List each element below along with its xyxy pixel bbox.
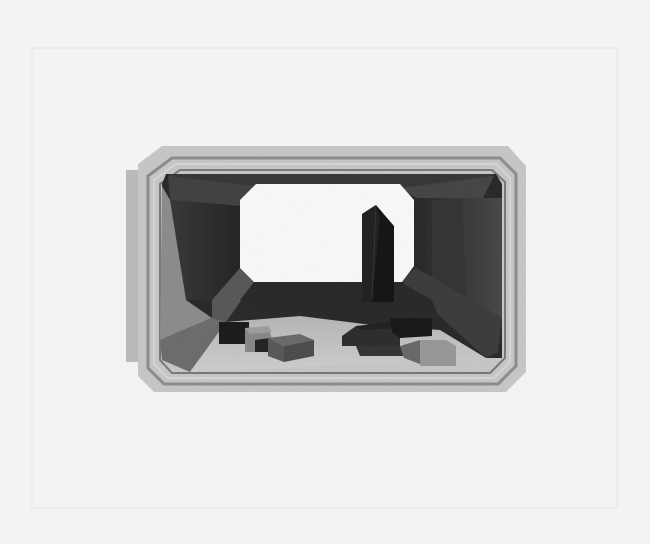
frame-left-tab (126, 170, 140, 362)
framed-interior (126, 146, 526, 392)
drawing-svg (0, 0, 650, 544)
block-dark-cube (219, 322, 249, 344)
artwork-canvas: Framed octagonal stage-like interior vie… (0, 0, 650, 544)
